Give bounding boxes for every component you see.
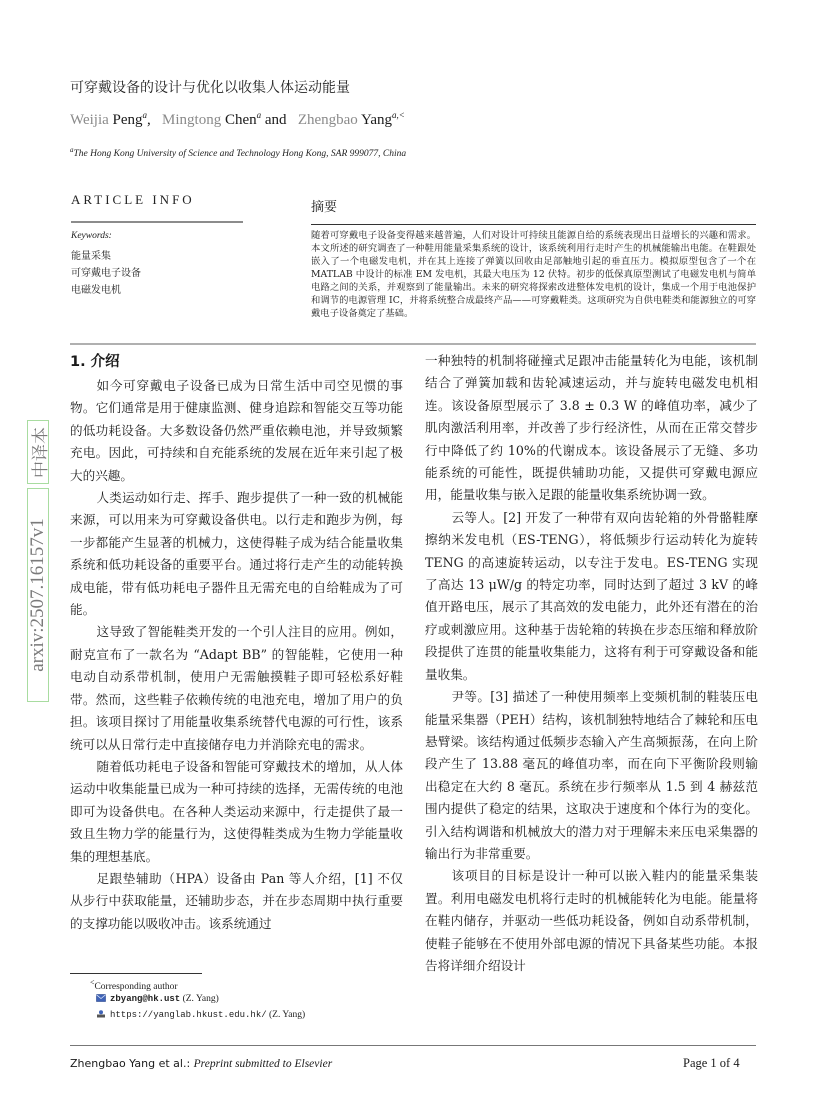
- abstract-text: 随着可穿戴电子设备变得越来越普遍，人们对设计可持续且能源自给的系统表现出日益增长…: [311, 229, 756, 320]
- arxiv-id-link[interactable]: arxiv:2507.16157v1: [27, 488, 49, 702]
- translation-tag[interactable]: 中译本: [27, 420, 49, 484]
- paragraph: 人类运动如行走、挥手、跑步提供了一种一致的机械能来源，可以用来为可穿戴设备供电。…: [70, 487, 403, 621]
- keyword: 可穿戴电子设备: [71, 264, 141, 279]
- article-info-heading: ARTICLE INFO: [71, 192, 195, 208]
- paragraph: 云等人。[2] 开发了一种带有双向齿轮箱的外骨骼鞋摩擦纳米发电机（ES-TENG…: [425, 507, 758, 686]
- left-column: 如今可穿戴电子设备已成为日常生活中司空见惯的事物。它们通常是用于健康监测、健身追…: [70, 375, 403, 935]
- affiliation: aThe Hong Kong University of Science and…: [70, 146, 406, 159]
- keyword: 电磁发电机: [71, 281, 121, 296]
- home-icon: [96, 1010, 106, 1018]
- footer-divider: [70, 1045, 756, 1046]
- paper-title: 可穿戴设备的设计与优化以收集人体运动能量: [70, 77, 350, 97]
- keyword: 能量采集: [71, 247, 111, 262]
- envelope-icon: [96, 994, 106, 1002]
- arxiv-sidebar: 中译本 arxiv:2507.16157v1: [27, 420, 47, 700]
- footer-citation: Zhengbao Yang et al.: Preprint submitted…: [70, 1057, 332, 1070]
- paragraph: 一种独特的机制将碰撞式足跟冲击能量转化为电能，该机制结合了弹簧加载和齿轮减速运动…: [425, 350, 758, 507]
- footnote-url: https://yanglab.hkust.edu.hk/ (Z. Yang): [96, 1010, 305, 1020]
- email-link[interactable]: zbyang@hk.ust: [110, 994, 180, 1004]
- author: Zhengbao Yanga,<: [298, 112, 405, 128]
- divider: [70, 343, 756, 345]
- footnote-email: zbyang@hk.ust (Z. Yang): [96, 994, 219, 1004]
- footnote-corresponding: <Corresponding author: [90, 978, 178, 992]
- paragraph: 足跟垫辅助（HPA）设备由 Pan 等人介绍，[1] 不仅从步行中获取能量，还辅…: [70, 868, 403, 935]
- website-link[interactable]: https://yanglab.hkust.edu.hk/: [110, 1010, 267, 1020]
- author-list: Weijia Penga, Mingtong Chena and Zhengba…: [70, 110, 405, 129]
- paragraph: 该项目的目标是设计一种可以嵌入鞋内的能量采集装置。利用电磁发电机将行走时的机械能…: [425, 865, 758, 977]
- author: Weijia Penga,: [70, 112, 158, 128]
- keywords-label: Keywords:: [71, 231, 112, 241]
- divider: [71, 221, 243, 223]
- section-title: 1. 介绍: [70, 350, 120, 371]
- divider: [311, 224, 756, 225]
- paragraph: 随着低功耗电子设备和智能可穿戴技术的增加，从人体运动中收集能量已成为一种可持续的…: [70, 756, 403, 868]
- author: Mingtong Chena and: [162, 112, 294, 128]
- right-column: 一种独特的机制将碰撞式足跟冲击能量转化为电能，该机制结合了弹簧加载和齿轮减速运动…: [425, 350, 758, 977]
- paragraph: 尹等。[3] 描述了一种使用频率上变频机制的鞋装压电能量采集器（PEH）结构，该…: [425, 686, 758, 865]
- page-number: Page 1 of 4: [683, 1056, 740, 1071]
- paragraph: 如今可穿戴电子设备已成为日常生活中司空见惯的事物。它们通常是用于健康监测、健身追…: [70, 375, 403, 487]
- paragraph: 这导致了智能鞋类开发的一个引人注目的应用。例如，耐克宣布了一款名为 “Adapt…: [70, 621, 403, 755]
- footnote-divider: [70, 973, 202, 974]
- abstract-heading: 摘要: [311, 196, 337, 215]
